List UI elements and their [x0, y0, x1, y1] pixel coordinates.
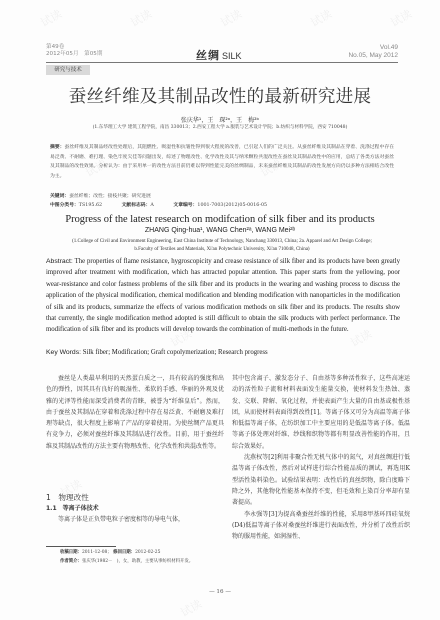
revised-value: 2012-02-25 — [135, 550, 160, 555]
watermark: 试读 — [177, 596, 204, 620]
abstract-zh-label: 摘要： — [50, 145, 65, 150]
journal-name-en: SILK — [222, 51, 242, 61]
classification-zh: 中图分类号：TS195.62 文献标志码：A 文章编号：1001-7003(20… — [50, 201, 285, 208]
body-paragraph: 李永强等[3]为提高桑蚕丝纤维的性能，采用8甲基环四硅氧烷(D4)低温等离子体对… — [232, 509, 410, 543]
running-header: 第49卷 2012年05月 第05期 丝绸SILK Vol.49 No.05, … — [46, 44, 398, 63]
abstract-zh-text: 蚕丝纤维及其制品经改性处理后，其阻燃性、吸湿性和抗皱性得到很大程度的改善，已引起… — [50, 145, 394, 179]
watermark: 试读 — [307, 6, 334, 31]
section-heading-1: 1 物理改性 — [46, 492, 89, 503]
date-zh: 2012年05月 第05期 — [46, 51, 102, 58]
issue-en: No.05, May 2012 — [348, 52, 398, 60]
doc-code-value: A — [150, 203, 153, 208]
keywords-en-text: Silk fiber; Modification; Graft copolyme… — [81, 349, 268, 356]
author-bio-label: 作者简介： — [60, 559, 82, 564]
column-tag: 研究与技术 — [46, 65, 90, 75]
volume-zh: 第49卷 — [46, 44, 102, 51]
volume-en: Vol.49 — [348, 44, 398, 52]
abstract-zh: 摘要：蚕丝纤维及其制品经改性处理后，其阻燃性、吸湿性和抗皱性得到很大程度的改善，… — [50, 143, 394, 181]
journal-logo: 丝绸 — [196, 49, 220, 62]
watermark: 试读 — [127, 6, 154, 31]
affiliation-en: (1.College of Civil and Environment Engi… — [46, 238, 398, 254]
doc-code-label: 文献标志码： — [122, 203, 151, 208]
abstract-en-text: The properties of flame resistance, hygr… — [46, 258, 400, 333]
clc-value: TS195.62 — [79, 203, 102, 208]
keywords-zh: 关键词：蚕丝纤维；改性；接枝共聚；研究进展 — [50, 192, 151, 199]
keywords-zh-text: 蚕丝纤维；改性；接枝共聚；研究进展 — [69, 194, 151, 199]
header-left: 第49卷 2012年05月 第05期 — [46, 44, 102, 58]
author-bio-value: 张庆华(1982－ )，女，助教，主要从事纺织材料开发。 — [82, 559, 193, 564]
body-paragraph: 其中包含离子、激发态分子、自由基等多种活性粒子，这些高速运动的活性粒子流和材料表… — [232, 373, 410, 452]
authors-zh: 张庆华¹，王 琛²ᵃ，王 梅²ᵇ — [0, 115, 440, 124]
watermark: 试读 — [217, 6, 244, 31]
revised-label: 修回日期： — [113, 550, 135, 555]
keywords-zh-label: 关键词： — [50, 194, 69, 199]
received-value: 2011-12-08； — [82, 550, 112, 555]
keywords-en: Key Words: Silk fiber; Modification; Gra… — [46, 349, 268, 356]
clc-label: 中图分类号： — [50, 203, 79, 208]
intro-paragraph: 蚕丝是人类最早利用的天然蛋白质之一，具有较高的强度和出色的弹性，因其具有良好的吸… — [46, 373, 224, 452]
body-column-right: 其中包含离子、激发态分子、自由基等多种活性粒子，这些高速运动的活性粒子流和材料表… — [232, 373, 410, 542]
section-1-1-paragraph: 等离子体是正负带电粒子密度相等的导电气体， — [46, 514, 224, 525]
abstract-en-label: Abstract: — [46, 258, 73, 265]
body-paragraph: 沈燕权等[2]利用非聚合性无机气体中的氮气，对真丝绸进行低温等离子体改性，然后对… — [232, 452, 410, 508]
footnote-divider — [46, 546, 116, 547]
journal-masthead: 丝绸SILK — [196, 47, 242, 63]
page-number: — 16 — — [0, 589, 440, 595]
section-heading-1-1: 1.1 等离子体技术 — [46, 503, 99, 512]
authors-en: ZHANG Qing-hua¹, WANG Chen²ᵃ, WANG Mei²ᵇ — [0, 227, 440, 234]
page-title: 蚕丝纤维及其制品改性的最新研究进展 — [0, 83, 440, 108]
header-right: Vol.49 No.05, May 2012 — [348, 44, 398, 60]
affiliation-zh: (1.东华理工大学 建筑工程学院，南昌 330013；2.西安工程大学 a.服装… — [0, 124, 440, 130]
footnote-dates: 收稿日期：2011-12-08； 修回日期：2012-02-25 — [60, 549, 225, 557]
affiliation-en-line: b.Faculty of Textiles and Materials, Xi'… — [46, 246, 398, 254]
article-no-label: 文章编号： — [173, 203, 197, 208]
journal-page: 第49卷 2012年05月 第05期 丝绸SILK Vol.49 No.05, … — [0, 0, 440, 620]
affiliation-en-line: (1.College of Civil and Environment Engi… — [46, 238, 398, 246]
watermark: 试读 — [387, 6, 414, 31]
received-label: 收稿日期： — [60, 550, 82, 555]
article-no-value: 1001-7003(2012)05-0016-05 — [197, 203, 267, 208]
footnote-author: 作者简介：张庆华(1982－ )，女，助教，主要从事纺织材料开发。 — [60, 558, 225, 566]
keywords-en-label: Key Words: — [46, 349, 81, 356]
abstract-en: Abstract: The properties of flame resist… — [46, 256, 400, 336]
body-column-left: 蚕丝是人类最早利用的天然蛋白质之一，具有较高的强度和出色的弹性，因其具有良好的吸… — [46, 373, 224, 452]
title-en: Progress of the latest research on modif… — [0, 214, 440, 225]
watermark: 试读 — [37, 6, 64, 31]
